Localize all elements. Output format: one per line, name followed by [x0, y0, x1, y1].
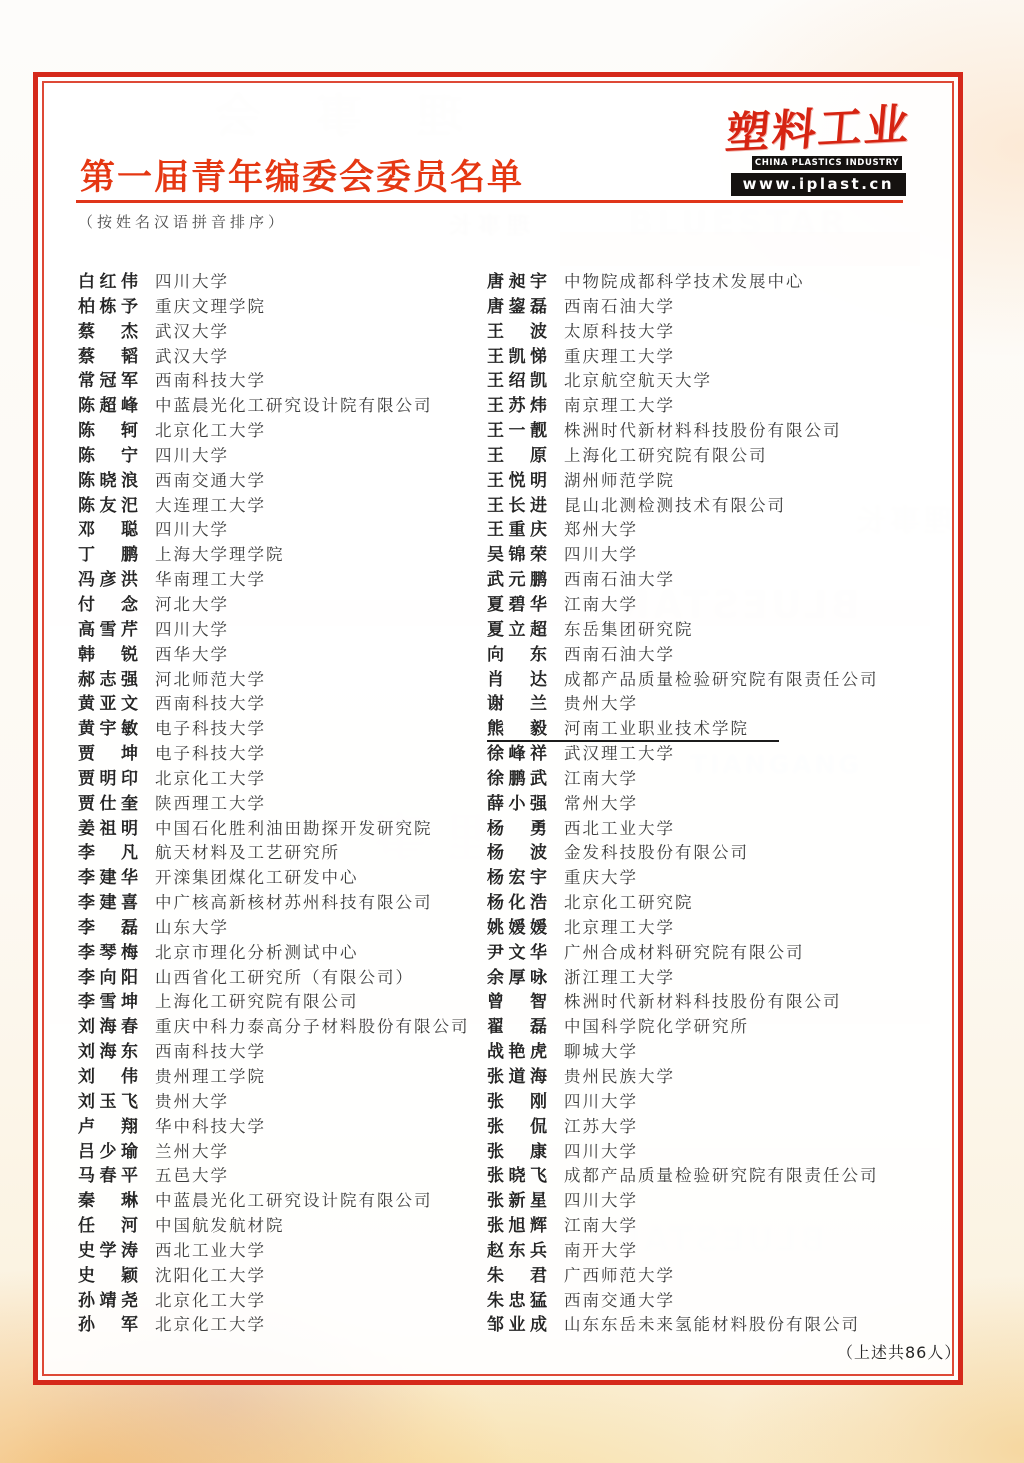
member-affiliation: 开滦集团煤化工研发中心 [155, 868, 359, 887]
member-affiliation: 航天材料及工艺研究所 [155, 843, 340, 862]
member-row: 朱君广西师范大学 [487, 1264, 939, 1289]
member-row: 翟磊中国科学院化学研究所 [487, 1015, 939, 1040]
member-name: 贾坤 [78, 742, 138, 767]
member-row: 向东西南石油大学 [487, 643, 939, 668]
member-name: 张新星 [487, 1189, 547, 1214]
member-name: 姚媛媛 [487, 916, 547, 941]
member-row: 薛小强常州大学 [487, 792, 939, 817]
page-title: 第一届青年编委会委员名单 [80, 150, 524, 200]
member-row: 冯彦洪华南理工大学 [78, 568, 486, 593]
member-row: 杨宏宇重庆大学 [487, 866, 939, 891]
member-row: 韩锐西华大学 [78, 643, 486, 668]
member-name: 李雪坤 [78, 990, 138, 1015]
member-affiliation: 中蓝晨光化工研究设计院有限公司 [155, 1191, 433, 1210]
member-row: 陈宁四川大学 [78, 444, 486, 469]
member-row: 曾智株洲时代新材料科技股份有限公司 [487, 990, 939, 1015]
member-row: 付念河北大学 [78, 593, 486, 618]
member-name: 张道海 [487, 1065, 547, 1090]
member-row: 陈轲北京化工大学 [78, 419, 486, 444]
member-name: 邓聪 [78, 518, 138, 543]
member-affiliation: 中蓝晨光化工研究设计院有限公司 [155, 396, 433, 415]
member-name: 翟磊 [487, 1015, 547, 1040]
member-row: 李向阳山西省化工研究所（有限公司） [78, 966, 486, 991]
member-name: 王悦明 [487, 469, 547, 494]
member-row: 孙靖尧北京化工大学 [78, 1289, 486, 1314]
member-name: 李琴梅 [78, 941, 138, 966]
member-name: 王绍凯 [487, 369, 547, 394]
member-row: 孙军北京化工大学 [78, 1313, 486, 1338]
member-affiliation: 西南科技大学 [155, 694, 266, 713]
member-affiliation: 沈阳化工大学 [155, 1266, 266, 1285]
member-affiliation: 中国航发航材院 [155, 1216, 285, 1235]
member-affiliation: 郑州大学 [564, 520, 638, 539]
member-row: 陈超峰中蓝晨光化工研究设计院有限公司 [78, 394, 486, 419]
member-name: 王苏炜 [487, 394, 547, 419]
member-name: 战艳虎 [487, 1040, 547, 1065]
member-name: 李建华 [78, 866, 138, 891]
member-name: 夏碧华 [487, 593, 547, 618]
members-column-left: 白红伟四川大学 柏栋予重庆文理学院 蔡杰武汉大学 蔡韬武汉大学 常冠军西南科技大… [78, 270, 486, 1338]
member-affiliation: 武汉理工大学 [564, 744, 675, 763]
member-row: 邓聪四川大学 [78, 518, 486, 543]
brand-tagline: CHINA PLASTICS INDUSTRY [752, 156, 902, 170]
member-affiliation: 北京化工大学 [155, 421, 266, 440]
member-name: 李磊 [78, 916, 138, 941]
member-name: 王一靓 [487, 419, 547, 444]
member-name: 陈超峰 [78, 394, 138, 419]
member-affiliation: 中国科学院化学研究所 [564, 1017, 749, 1036]
member-affiliation: 北京理工大学 [564, 918, 675, 937]
member-row: 贾明印北京化工大学 [78, 767, 486, 792]
member-affiliation: 西南科技大学 [155, 1042, 266, 1061]
member-name: 贾仕奎 [78, 792, 138, 817]
member-name: 蔡韬 [78, 345, 138, 370]
member-row: 丁鹏上海大学理学院 [78, 543, 486, 568]
member-name: 张侃 [487, 1115, 547, 1140]
member-row: 高雪芹四川大学 [78, 618, 486, 643]
member-name: 谢兰 [487, 692, 547, 717]
member-row: 常冠军西南科技大学 [78, 369, 486, 394]
member-row: 王绍凯北京航空航天大学 [487, 369, 939, 394]
member-affiliation: 四川大学 [155, 272, 229, 291]
member-row: 熊毅河南工业职业技术学院 [487, 717, 939, 742]
member-row: 任河中国航发航材院 [78, 1214, 486, 1239]
member-affiliation: 西南科技大学 [155, 371, 266, 390]
sort-note: （按姓名汉语拼音排序） [78, 211, 287, 232]
member-affiliation: 浙江理工大学 [564, 968, 675, 987]
member-name: 韩锐 [78, 643, 138, 668]
member-name: 张刚 [487, 1090, 547, 1115]
member-name: 张康 [487, 1140, 547, 1165]
member-affiliation: 成都产品质量检验研究院有限责任公司 [564, 1166, 879, 1185]
member-affiliation: 中广核高新核材苏州科技有限公司 [155, 893, 433, 912]
member-name: 朱君 [487, 1264, 547, 1289]
member-affiliation: 北京化工研究院 [564, 893, 694, 912]
member-name: 薛小强 [487, 792, 547, 817]
member-name: 吴锦荣 [487, 543, 547, 568]
member-name: 曾智 [487, 990, 547, 1015]
member-row: 王苏炜南京理工大学 [487, 394, 939, 419]
member-name: 蔡杰 [78, 320, 138, 345]
member-affiliation: 西华大学 [155, 645, 229, 664]
member-row: 张康四川大学 [487, 1140, 939, 1165]
member-row: 杨勇西北工业大学 [487, 817, 939, 842]
title-rule [76, 200, 903, 203]
member-name: 卢翔 [78, 1115, 138, 1140]
member-affiliation: 北京化工大学 [155, 1315, 266, 1334]
member-name: 武元鹏 [487, 568, 547, 593]
member-name: 杨宏宇 [487, 866, 547, 891]
member-row: 刘伟贵州理工学院 [78, 1065, 486, 1090]
member-affiliation: 西南交通大学 [155, 471, 266, 490]
member-affiliation: 上海化工研究院有限公司 [155, 992, 359, 1011]
member-affiliation: 河南工业职业技术学院 [564, 719, 749, 738]
member-name: 王原 [487, 444, 547, 469]
member-affiliation: 北京化工大学 [155, 1291, 266, 1310]
member-name: 孙军 [78, 1313, 138, 1338]
member-row: 张新星四川大学 [487, 1189, 939, 1214]
member-row: 柏栋予重庆文理学院 [78, 295, 486, 320]
member-affiliation: 江南大学 [564, 769, 638, 788]
member-affiliation: 江南大学 [564, 595, 638, 614]
member-row: 唐鋆磊西南石油大学 [487, 295, 939, 320]
member-row: 杨波金发科技股份有限公司 [487, 841, 939, 866]
member-affiliation: 五邑大学 [155, 1166, 229, 1185]
member-name: 陈宁 [78, 444, 138, 469]
member-affiliation: 昆山北测检测技术有限公司 [564, 496, 786, 515]
member-name: 刘玉飞 [78, 1090, 138, 1115]
member-affiliation: 陕西理工大学 [155, 794, 266, 813]
member-affiliation: 武汉大学 [155, 347, 229, 366]
member-name: 陈晓浪 [78, 469, 138, 494]
member-affiliation: 贵州大学 [564, 694, 638, 713]
member-name: 郝志强 [78, 668, 138, 693]
member-affiliation: 四川大学 [155, 520, 229, 539]
member-affiliation: 山东东岳未来氢能材料股份有限公司 [564, 1315, 860, 1334]
member-row: 李建喜中广核高新核材苏州科技有限公司 [78, 891, 486, 916]
member-affiliation: 山西省化工研究所（有限公司） [155, 968, 414, 987]
member-row: 李建华开滦集团煤化工研发中心 [78, 866, 486, 891]
member-name: 李向阳 [78, 966, 138, 991]
member-affiliation: 西北工业大学 [564, 819, 675, 838]
member-row: 徐峰祥武汉理工大学 [487, 742, 939, 767]
member-name: 刘伟 [78, 1065, 138, 1090]
member-name: 刘海春 [78, 1015, 138, 1040]
member-row: 马春平五邑大学 [78, 1164, 486, 1189]
member-row: 王凯悌重庆理工大学 [487, 345, 939, 370]
member-row: 张晓飞成都产品质量检验研究院有限责任公司 [487, 1164, 939, 1189]
brand-name: 塑料工业 [687, 100, 913, 161]
member-affiliation: 华中科技大学 [155, 1117, 266, 1136]
member-affiliation: 常州大学 [564, 794, 638, 813]
member-row: 李琴梅北京市理化分析测试中心 [78, 941, 486, 966]
member-name: 余厚咏 [487, 966, 547, 991]
member-affiliation: 电子科技大学 [155, 719, 266, 738]
member-affiliation: 湖州师范学院 [564, 471, 675, 490]
members-column-right: 唐昶宇中物院成都科学技术发展中心 唐鋆磊西南石油大学 王波太原科技大学 王凯悌重… [487, 270, 939, 1338]
member-name: 孙靖尧 [78, 1289, 138, 1314]
member-name: 肖达 [487, 668, 547, 693]
member-row: 赵东兵南开大学 [487, 1239, 939, 1264]
member-affiliation: 四川大学 [155, 620, 229, 639]
member-affiliation: 四川大学 [564, 1142, 638, 1161]
member-row: 黄亚文西南科技大学 [78, 692, 486, 717]
member-row: 蔡韬武汉大学 [78, 345, 486, 370]
member-affiliation: 广州合成材料研究院有限公司 [564, 943, 805, 962]
member-row: 李雪坤上海化工研究院有限公司 [78, 990, 486, 1015]
member-affiliation: 北京化工大学 [155, 769, 266, 788]
member-row: 谢兰贵州大学 [487, 692, 939, 717]
member-name: 王凯悌 [487, 345, 547, 370]
member-name: 徐鹏武 [487, 767, 547, 792]
member-name: 尹文华 [487, 941, 547, 966]
member-name: 李凡 [78, 841, 138, 866]
member-row: 黄宇敏电子科技大学 [78, 717, 486, 742]
member-name: 姜祖明 [78, 817, 138, 842]
member-row: 尹文华广州合成材料研究院有限公司 [487, 941, 939, 966]
member-row: 张刚四川大学 [487, 1090, 939, 1115]
member-name: 张晓飞 [487, 1164, 547, 1189]
member-affiliation: 北京航空航天大学 [564, 371, 712, 390]
member-affiliation: 西北工业大学 [155, 1241, 266, 1260]
member-name: 贾明印 [78, 767, 138, 792]
member-row: 战艳虎聊城大学 [487, 1040, 939, 1065]
member-name: 熊毅 [487, 717, 547, 742]
member-row: 史学涛西北工业大学 [78, 1239, 486, 1264]
member-row: 刘玉飞贵州大学 [78, 1090, 486, 1115]
member-affiliation: 武汉大学 [155, 322, 229, 341]
member-affiliation: 河北师范大学 [155, 670, 266, 689]
member-affiliation: 中国石化胜利油田勘探开发研究院 [155, 819, 433, 838]
member-row: 吕少瑜兰州大学 [78, 1140, 486, 1165]
member-affiliation: 南开大学 [564, 1241, 638, 1260]
member-name: 任河 [78, 1214, 138, 1239]
member-affiliation: 北京市理化分析测试中心 [155, 943, 359, 962]
member-name: 夏立超 [487, 618, 547, 643]
member-row: 吴锦荣四川大学 [487, 543, 939, 568]
member-name: 向东 [487, 643, 547, 668]
member-affiliation: 江苏大学 [564, 1117, 638, 1136]
member-name: 付念 [78, 593, 138, 618]
member-row: 王悦明湖州师范学院 [487, 469, 939, 494]
member-name: 朱忠猛 [487, 1289, 547, 1314]
scanned-page: 理事会理事长BLUESTAR理事长BLUESTARTIANGANG理事BLUES… [0, 0, 1024, 1463]
member-name: 刘海东 [78, 1040, 138, 1065]
member-name: 高雪芹 [78, 618, 138, 643]
member-row: 郝志强河北师范大学 [78, 668, 486, 693]
website-bar: www.iplast.cn [731, 173, 906, 196]
member-affiliation: 西南石油大学 [564, 645, 675, 664]
member-name: 史颖 [78, 1264, 138, 1289]
member-name: 秦琳 [78, 1189, 138, 1214]
member-name: 冯彦洪 [78, 568, 138, 593]
member-affiliation: 四川大学 [155, 446, 229, 465]
member-affiliation: 株洲时代新材料科技股份有限公司 [564, 992, 842, 1011]
member-row: 白红伟四川大学 [78, 270, 486, 295]
member-row: 王波太原科技大学 [487, 320, 939, 345]
member-row: 夏立超东岳集团研究院 [487, 618, 939, 643]
member-row: 王原上海化工研究院有限公司 [487, 444, 939, 469]
member-affiliation: 四川大学 [564, 1092, 638, 1111]
member-affiliation: 山东大学 [155, 918, 229, 937]
member-affiliation: 兰州大学 [155, 1142, 229, 1161]
member-affiliation: 聊城大学 [564, 1042, 638, 1061]
member-affiliation: 大连理工大学 [155, 496, 266, 515]
member-name: 赵东兵 [487, 1239, 547, 1264]
member-name: 黄宇敏 [78, 717, 138, 742]
member-row: 王一靓株洲时代新材料科技股份有限公司 [487, 419, 939, 444]
member-name: 吕少瑜 [78, 1140, 138, 1165]
member-affiliation: 重庆中科力泰高分子材料股份有限公司 [155, 1017, 470, 1036]
member-affiliation: 株洲时代新材料科技股份有限公司 [564, 421, 842, 440]
member-name: 唐昶宇 [487, 270, 547, 295]
member-row: 王重庆郑州大学 [487, 518, 939, 543]
member-name: 柏栋予 [78, 295, 138, 320]
member-affiliation: 四川大学 [564, 545, 638, 564]
member-name: 王重庆 [487, 518, 547, 543]
member-affiliation: 上海大学理学院 [155, 545, 285, 564]
member-affiliation: 电子科技大学 [155, 744, 266, 763]
member-affiliation: 西南石油大学 [564, 297, 675, 316]
member-row: 姚媛媛北京理工大学 [487, 916, 939, 941]
member-row: 张侃江苏大学 [487, 1115, 939, 1140]
member-row: 陈友汜大连理工大学 [78, 494, 486, 519]
member-row: 张旭辉江南大学 [487, 1214, 939, 1239]
member-row: 夏碧华江南大学 [487, 593, 939, 618]
member-row: 武元鹏西南石油大学 [487, 568, 939, 593]
member-name: 邹业成 [487, 1313, 547, 1338]
member-name: 唐鋆磊 [487, 295, 547, 320]
member-name: 杨化浩 [487, 891, 547, 916]
member-name: 白红伟 [78, 270, 138, 295]
member-name: 陈轲 [78, 419, 138, 444]
member-affiliation: 广西师范大学 [564, 1266, 675, 1285]
member-name: 陈友汜 [78, 494, 138, 519]
member-row: 徐鹏武江南大学 [487, 767, 939, 792]
member-row: 刘海东西南科技大学 [78, 1040, 486, 1065]
member-row: 贾坤电子科技大学 [78, 742, 486, 767]
member-row: 王长进昆山北测检测技术有限公司 [487, 494, 939, 519]
member-name: 杨波 [487, 841, 547, 866]
magazine-logo: 塑料工业 CHINA PLASTICS INDUSTRY www.iplast.… [690, 106, 910, 156]
member-name: 马春平 [78, 1164, 138, 1189]
member-row: 秦琳中蓝晨光化工研究设计院有限公司 [78, 1189, 486, 1214]
member-row: 刘海春重庆中科力泰高分子材料股份有限公司 [78, 1015, 486, 1040]
member-affiliation: 东岳集团研究院 [564, 620, 694, 639]
member-row: 杨化浩北京化工研究院 [487, 891, 939, 916]
member-affiliation: 江南大学 [564, 1216, 638, 1235]
member-affiliation: 重庆文理学院 [155, 297, 266, 316]
member-affiliation: 四川大学 [564, 1191, 638, 1210]
member-row: 肖达成都产品质量检验研究院有限责任公司 [487, 668, 939, 693]
member-row: 张道海贵州民族大学 [487, 1065, 939, 1090]
member-affiliation: 西南交通大学 [564, 1291, 675, 1310]
member-affiliation: 华南理工大学 [155, 570, 266, 589]
member-row: 余厚咏浙江理工大学 [487, 966, 939, 991]
member-name: 徐峰祥 [487, 742, 547, 767]
member-affiliation: 重庆理工大学 [564, 347, 675, 366]
member-name: 杨勇 [487, 817, 547, 842]
member-name: 王长进 [487, 494, 547, 519]
member-name: 常冠军 [78, 369, 138, 394]
member-affiliation: 南京理工大学 [564, 396, 675, 415]
member-affiliation: 太原科技大学 [564, 322, 675, 341]
member-count-note: （上述共86人） [837, 1340, 961, 1363]
member-affiliation: 金发科技股份有限公司 [564, 843, 749, 862]
member-affiliation: 重庆大学 [564, 868, 638, 887]
member-name: 史学涛 [78, 1239, 138, 1264]
member-affiliation: 成都产品质量检验研究院有限责任公司 [564, 670, 879, 689]
member-row: 朱忠猛西南交通大学 [487, 1289, 939, 1314]
member-row: 李磊山东大学 [78, 916, 486, 941]
member-name: 张旭辉 [487, 1214, 547, 1239]
member-row: 陈晓浪西南交通大学 [78, 469, 486, 494]
member-row: 蔡杰武汉大学 [78, 320, 486, 345]
member-row: 李凡航天材料及工艺研究所 [78, 841, 486, 866]
member-affiliation: 贵州民族大学 [564, 1067, 675, 1086]
member-name: 丁鹏 [78, 543, 138, 568]
member-affiliation: 贵州大学 [155, 1092, 229, 1111]
member-row: 邹业成山东东岳未来氢能材料股份有限公司 [487, 1313, 939, 1338]
member-name: 王波 [487, 320, 547, 345]
member-affiliation: 河北大学 [155, 595, 229, 614]
member-affiliation: 西南石油大学 [564, 570, 675, 589]
member-row: 贾仕奎陕西理工大学 [78, 792, 486, 817]
member-affiliation: 贵州理工学院 [155, 1067, 266, 1086]
member-row: 史颖沈阳化工大学 [78, 1264, 486, 1289]
member-name: 李建喜 [78, 891, 138, 916]
member-name: 黄亚文 [78, 692, 138, 717]
member-row: 唐昶宇中物院成都科学技术发展中心 [487, 270, 939, 295]
member-affiliation: 上海化工研究院有限公司 [564, 446, 768, 465]
member-row: 姜祖明中国石化胜利油田勘探开发研究院 [78, 817, 486, 842]
member-affiliation: 中物院成都科学技术发展中心 [564, 272, 805, 291]
member-row: 卢翔华中科技大学 [78, 1115, 486, 1140]
